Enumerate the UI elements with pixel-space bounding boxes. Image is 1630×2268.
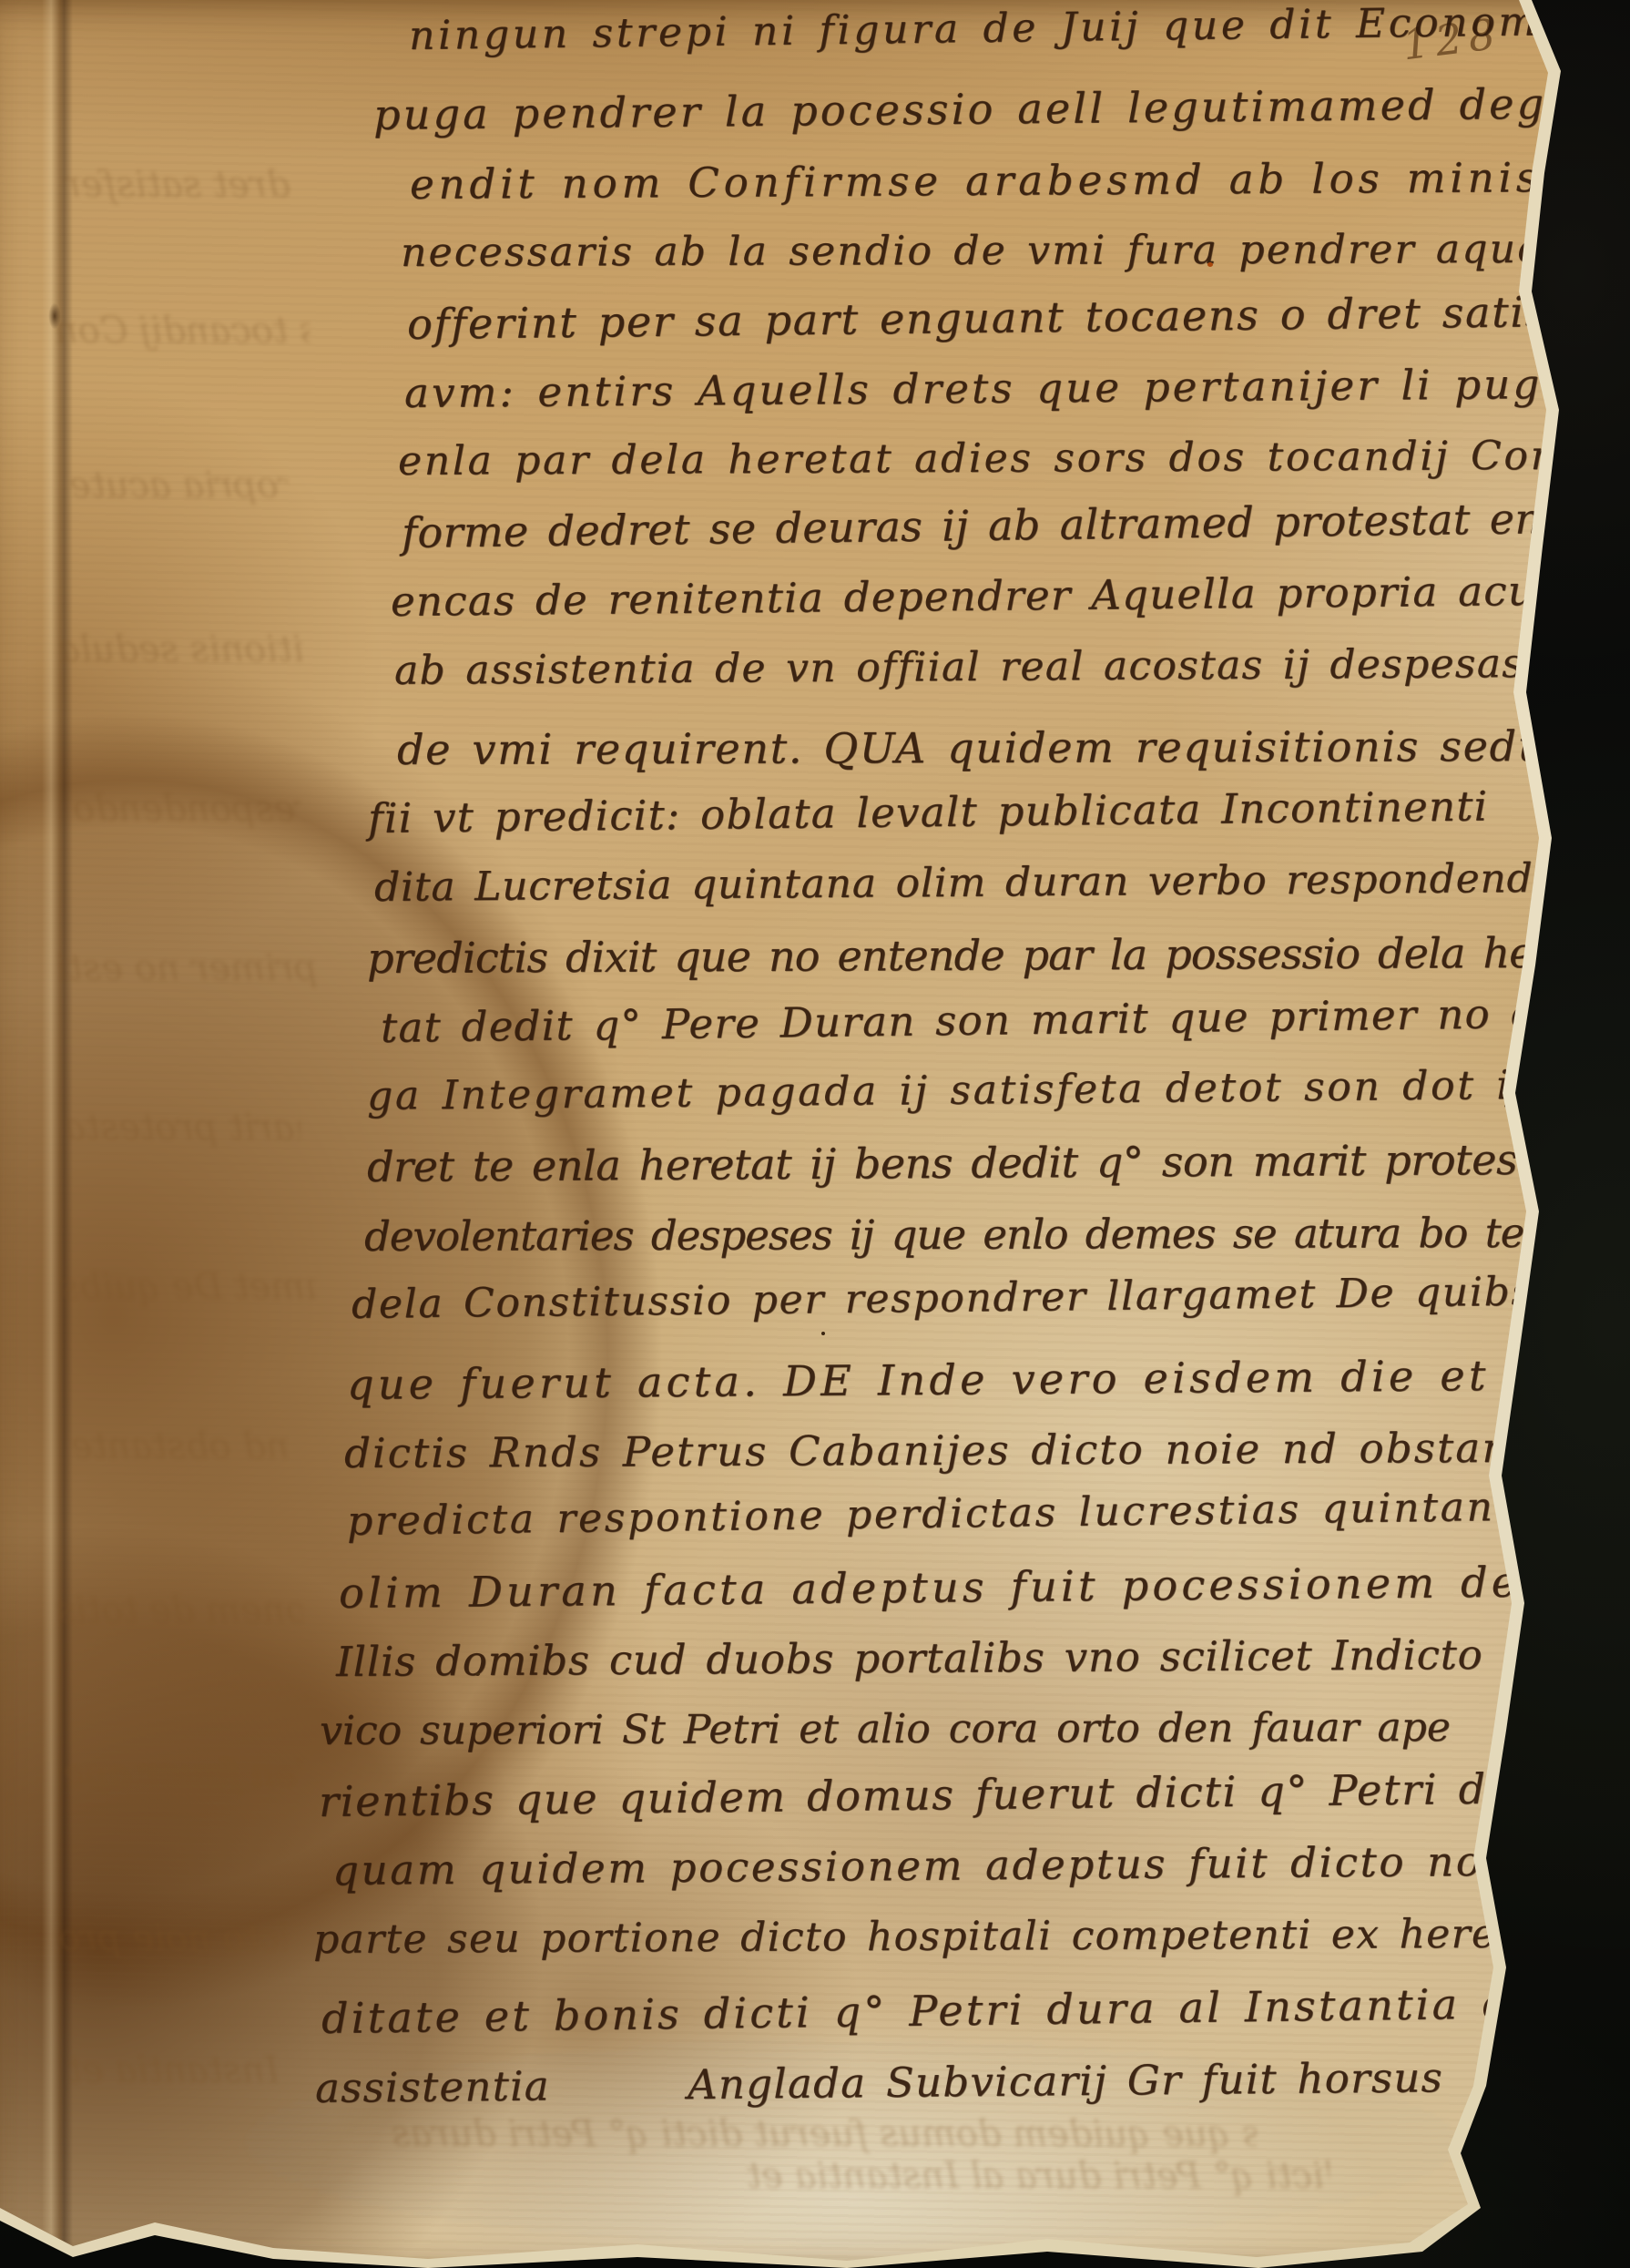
manuscript-line: parte seu portione dicto hospitali compe… [313, 1911, 1496, 1963]
manuscript-photo: offerint per sa part enguant tocaens o d… [0, 0, 1630, 2268]
manuscript-line: necessaris ab la sendio de vmi fura pend… [401, 226, 1598, 276]
manuscript-line: tat dedit q° Pere Duran son marit que pr… [381, 988, 1591, 1052]
ink-speck [821, 1332, 825, 1335]
manuscript-line: offerint per sa part enguant tocaens o d… [407, 286, 1614, 349]
manuscript-line: puga pendrer la pocessio aell legutimame… [373, 78, 1630, 139]
manuscript-line: forme dedret se deuras ij ab altramed pr… [402, 493, 1630, 557]
manuscript-line: dita Lucretsia quintana olim duran verbo… [374, 855, 1558, 911]
manuscript-page: offerint per sa part enguant tocaens o d… [0, 0, 1630, 2268]
manuscript-line: assistentia Anglada Subvicarij Gr fuit h… [315, 2053, 1443, 2112]
manuscript-line: ga Integramet pagada ij satisfeta detot … [367, 1062, 1527, 1119]
manuscript-line: dela Constitussio per respondrer llargam… [351, 1269, 1533, 1328]
manuscript-line: predictis dixit que no entende par la po… [367, 928, 1576, 983]
ink-speck [475, 1672, 480, 1676]
manuscript-line: quam quidem pocessionem adeptus fuit dic… [332, 1836, 1625, 1895]
manuscript-line: olim Duran facta adeptus fuit pocessione… [339, 1556, 1630, 1618]
manuscript-line: dictis Rnds Petrus Cabanijes dicto noie … [344, 1424, 1555, 1477]
ink-speck [1207, 262, 1213, 267]
manuscript-line: que fuerut acta. DE Inde vero eisdem die… [347, 1349, 1630, 1408]
manuscript-line: devolentaries despeses ij que enlo demes… [364, 1209, 1587, 1261]
manuscript-line: encas de renitentia dependrer Aquella pr… [391, 567, 1579, 626]
manuscript-line: ab assistentia de vn offiial real acosta… [394, 640, 1523, 694]
manuscript-line: enla par dela heretat adies sors dos toc… [398, 433, 1559, 485]
manuscript-line: ningun strepi ni figura de Juij que dit … [409, 0, 1568, 59]
manuscript-line: Illis domibs cud duobs portalibs vno sci… [336, 1630, 1483, 1686]
manuscript-line: de vmi requirent. QUA quidem requisition… [397, 721, 1588, 774]
manuscript-line: ditate et bonis dicti q° Petri dura al I… [321, 1979, 1530, 2044]
manuscript-line: endit nom Confirmse arabesmd ab los mini… [410, 152, 1630, 208]
manuscript-line: rientibs que quidem domus fuerut dicti q… [319, 1763, 1587, 1826]
manuscript-line: avm: entirs Aquells drets que pertanijer… [404, 359, 1628, 417]
manuscript-line: predicta respontione perdictas lucrestia… [347, 1484, 1522, 1545]
manuscript-line: vico superiori St Petri et alio cora ort… [320, 1704, 1451, 1754]
manuscript-line: fii vt predicit: oblata levalt publicata… [368, 782, 1489, 843]
manuscript-text: ningun strepi ni figura de Juij que dit … [0, 0, 1630, 2268]
manuscript-line: dret te enla heretat ij bens dedit q° so… [367, 1135, 1559, 1191]
